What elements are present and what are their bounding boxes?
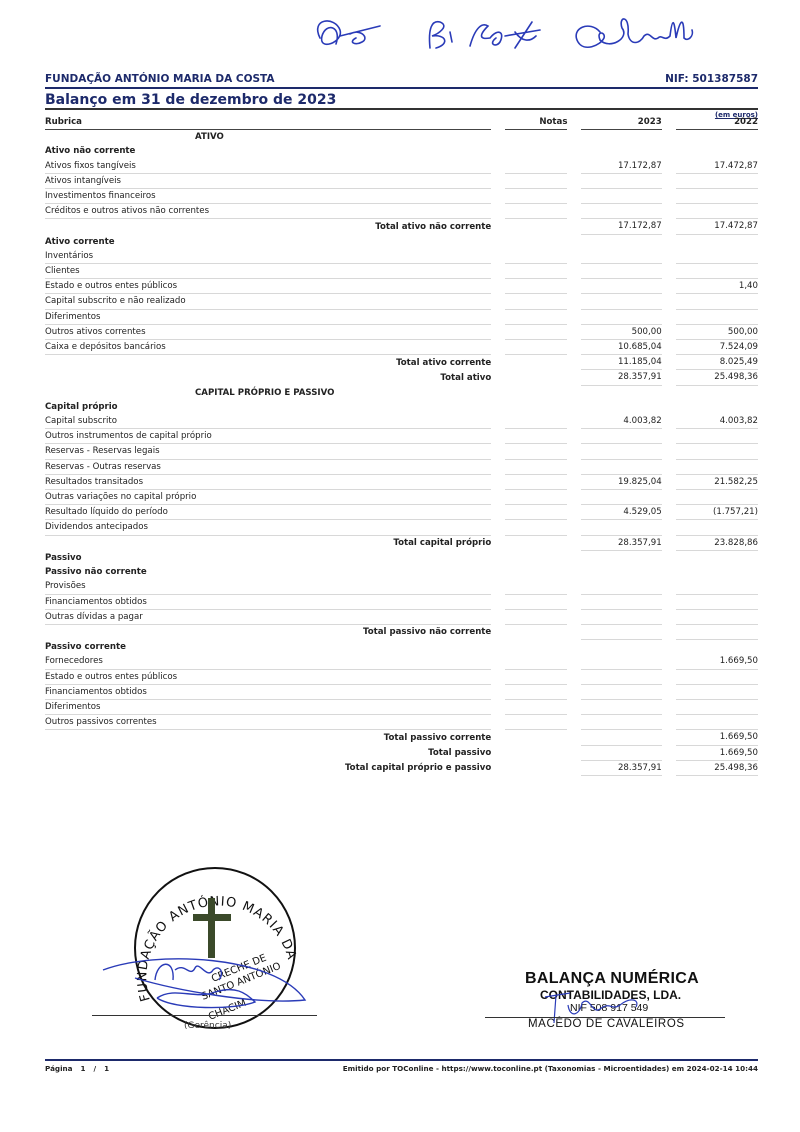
col-rubrica: Rubrica — [45, 115, 491, 130]
row-value-2023 — [581, 279, 661, 294]
row-label: Outras variações no capital próprio — [45, 490, 491, 505]
table-row: Inventários — [45, 249, 758, 264]
group-heading-row: Ativo não corrente — [45, 144, 758, 158]
row-label: Dividendos antecipados — [45, 520, 491, 535]
row-label: Resultados transitados — [45, 475, 491, 490]
balance-sheet-table: Rubrica Notas 2023 2022 ATIVOAtivo não c… — [45, 115, 758, 776]
row-label: Financiamentos obtidos — [45, 685, 491, 700]
row-value-2023 — [581, 249, 661, 264]
row-value-2022: 17.472,87 — [676, 219, 758, 234]
row-notes — [505, 536, 567, 551]
row-value-2022: 25.498,36 — [676, 761, 758, 776]
row-notes — [505, 429, 567, 444]
row-label: Total passivo não corrente — [45, 625, 491, 640]
accountant-signature — [540, 985, 650, 1025]
row-label: Total capital próprio — [45, 536, 491, 551]
row-value-2023 — [581, 730, 661, 745]
row-value-2023: 17.172,87 — [581, 219, 661, 234]
row-notes — [505, 204, 567, 219]
total-row: Total passivo1.669,50 — [45, 746, 758, 761]
row-value-2022: 1,40 — [676, 279, 758, 294]
row-notes — [505, 475, 567, 490]
row-label: Total passivo — [45, 746, 491, 761]
row-value-2023 — [581, 746, 661, 761]
row-value-2022 — [676, 429, 758, 444]
row-label: Diferimentos — [45, 310, 491, 325]
table-row: Clientes — [45, 264, 758, 279]
row-notes — [505, 746, 567, 761]
row-notes — [505, 565, 567, 579]
row-value-2022 — [676, 565, 758, 579]
row-notes — [505, 264, 567, 279]
row-label: Caixa e depósitos bancários — [45, 340, 491, 355]
table-row: Resultado líquido do período4.529,05(1.7… — [45, 505, 758, 520]
row-value-2023 — [581, 460, 661, 475]
row-label: Total ativo não corrente — [45, 219, 491, 234]
emission-info: Emitido por TOConline - https://www.toco… — [343, 1064, 758, 1073]
row-notes — [505, 144, 567, 158]
row-value-2023: 17.172,87 — [581, 159, 661, 174]
row-value-2023 — [581, 144, 661, 158]
row-notes — [505, 625, 567, 640]
group-heading-row: Capital próprio — [45, 400, 758, 414]
row-notes — [505, 700, 567, 715]
row-label: Resultado líquido do período — [45, 505, 491, 520]
row-value-2023: 11.185,04 — [581, 355, 661, 370]
row-notes — [505, 279, 567, 294]
row-value-2022 — [676, 174, 758, 189]
row-value-2023 — [581, 565, 661, 579]
col-2022: 2022 — [676, 115, 758, 130]
row-value-2022: 500,00 — [676, 325, 758, 340]
table-row: Reservas - Reservas legais — [45, 444, 758, 459]
row-value-2022 — [676, 490, 758, 505]
row-value-2023 — [581, 130, 661, 144]
total-row: Total ativo não corrente17.172,8717.472,… — [45, 219, 758, 234]
row-value-2022: 23.828,86 — [676, 536, 758, 551]
row-value-2022 — [676, 144, 758, 158]
row-notes — [505, 340, 567, 355]
accountant-signature-line — [485, 1017, 725, 1018]
table-row: Diferimentos — [45, 700, 758, 715]
table-row: Capital subscrito e não realizado — [45, 294, 758, 309]
row-notes — [505, 490, 567, 505]
row-value-2022: 21.582,25 — [676, 475, 758, 490]
row-notes — [505, 130, 567, 144]
row-value-2022: (1.757,21) — [676, 505, 758, 520]
row-notes — [505, 579, 567, 594]
row-value-2022 — [676, 700, 758, 715]
row-notes — [505, 174, 567, 189]
row-value-2023 — [581, 264, 661, 279]
row-value-2022 — [676, 460, 758, 475]
row-value-2022: 1.669,50 — [676, 730, 758, 745]
document-header: FUNDAÇÃO ANTÓNIO MARIA DA COSTA NIF: 501… — [45, 73, 758, 119]
row-value-2023 — [581, 490, 661, 505]
row-notes — [505, 219, 567, 234]
row-notes — [505, 670, 567, 685]
row-value-2022 — [676, 595, 758, 610]
row-notes — [505, 310, 567, 325]
table-row: Estado e outros entes públicos — [45, 670, 758, 685]
page-title: Balanço em 31 de dezembro de 2023 — [45, 92, 758, 108]
row-notes — [505, 249, 567, 264]
row-notes — [505, 685, 567, 700]
group-heading-row: Ativo corrente — [45, 235, 758, 249]
table-row: Investimentos financeiros — [45, 189, 758, 204]
row-value-2022: 1.669,50 — [676, 654, 758, 669]
row-label: Outros ativos correntes — [45, 325, 491, 340]
table-header-row: Rubrica Notas 2023 2022 — [45, 115, 758, 130]
row-value-2022 — [676, 400, 758, 414]
row-label: Outras dívidas a pagar — [45, 610, 491, 625]
management-signature-line — [92, 1015, 317, 1016]
row-value-2023 — [581, 625, 661, 640]
section-heading-row: ATIVO — [45, 130, 758, 144]
svg-text:FUNDAÇÃO ANTÓNIO MARIA DA COST: FUNDAÇÃO ANTÓNIO MARIA DA COSTA — [95, 860, 300, 1003]
row-value-2023 — [581, 551, 661, 565]
row-notes — [505, 159, 567, 174]
row-value-2022 — [676, 249, 758, 264]
row-value-2023: 10.685,04 — [581, 340, 661, 355]
row-label: Investimentos financeiros — [45, 189, 491, 204]
table-row: Estado e outros entes públicos1,40 — [45, 279, 758, 294]
table-row: Outros ativos correntes500,00500,00 — [45, 325, 758, 340]
row-label: Fornecedores — [45, 654, 491, 669]
row-notes — [505, 761, 567, 776]
row-notes — [505, 654, 567, 669]
row-notes — [505, 414, 567, 429]
row-label: Passivo corrente — [45, 640, 491, 654]
row-value-2023 — [581, 579, 661, 594]
col-2023: 2023 — [581, 115, 661, 130]
row-value-2022: 8.025,49 — [676, 355, 758, 370]
row-value-2022 — [676, 625, 758, 640]
row-label: ATIVO — [45, 130, 491, 144]
row-notes — [505, 444, 567, 459]
row-value-2022: 17.472,87 — [676, 159, 758, 174]
row-value-2022 — [676, 444, 758, 459]
row-value-2023: 28.357,91 — [581, 536, 661, 551]
row-notes — [505, 520, 567, 535]
row-value-2022 — [676, 264, 758, 279]
row-value-2022: 4.003,82 — [676, 414, 758, 429]
row-value-2023 — [581, 640, 661, 654]
row-value-2022 — [676, 386, 758, 400]
row-label: Ativo corrente — [45, 235, 491, 249]
row-label: Total passivo corrente — [45, 730, 491, 745]
table-row: Caixa e depósitos bancários10.685,047.52… — [45, 340, 758, 355]
row-label: Estado e outros entes públicos — [45, 279, 491, 294]
row-label: Capital subscrito e não realizado — [45, 294, 491, 309]
row-value-2023: 19.825,04 — [581, 475, 661, 490]
group-heading-row: Passivo — [45, 551, 758, 565]
row-value-2022 — [676, 235, 758, 249]
total-row: Total passivo corrente1.669,50 — [45, 730, 758, 745]
total-row: Total ativo corrente11.185,048.025,49 — [45, 355, 758, 370]
section-heading-row: CAPITAL PRÓPRIO E PASSIVO — [45, 386, 758, 400]
row-label: Inventários — [45, 249, 491, 264]
row-notes — [505, 460, 567, 475]
group-heading-row: Passivo corrente — [45, 640, 758, 654]
total-row: Total ativo28.357,9125.498,36 — [45, 370, 758, 385]
table-row: Financiamentos obtidos — [45, 685, 758, 700]
row-value-2023: 4.003,82 — [581, 414, 661, 429]
row-label: Total ativo corrente — [45, 355, 491, 370]
row-notes — [505, 505, 567, 520]
row-notes — [505, 370, 567, 385]
row-notes — [505, 595, 567, 610]
table-row: Diferimentos — [45, 310, 758, 325]
row-notes — [505, 610, 567, 625]
total-row: Total capital próprio28.357,9123.828,86 — [45, 536, 758, 551]
col-notas: Notas — [505, 115, 567, 130]
table-row: Ativos intangíveis — [45, 174, 758, 189]
row-value-2022 — [676, 610, 758, 625]
row-value-2023 — [581, 685, 661, 700]
row-label: Capital próprio — [45, 400, 491, 414]
table-row: Fornecedores1.669,50 — [45, 654, 758, 669]
row-label: Provisões — [45, 579, 491, 594]
foundation-stamp: FUNDAÇÃO ANTÓNIO MARIA DA COSTA CRECHE D… — [95, 860, 335, 1045]
row-label: Reservas - Outras reservas — [45, 460, 491, 475]
row-notes — [505, 325, 567, 340]
row-value-2023 — [581, 294, 661, 309]
row-value-2023 — [581, 189, 661, 204]
row-value-2023 — [581, 700, 661, 715]
row-notes — [505, 294, 567, 309]
row-label: Reservas - Reservas legais — [45, 444, 491, 459]
row-label: Total capital próprio e passivo — [45, 761, 491, 776]
row-notes — [505, 551, 567, 565]
page-footer: Página1/1 Emitido por TOConline - https:… — [45, 1059, 758, 1073]
row-label: Ativos intangíveis — [45, 174, 491, 189]
row-value-2022 — [676, 640, 758, 654]
table-row: Outros instrumentos de capital próprio — [45, 429, 758, 444]
page-number: Página1/1 — [45, 1064, 117, 1073]
row-value-2023: 28.357,91 — [581, 761, 661, 776]
total-row: Total passivo não corrente — [45, 625, 758, 640]
row-value-2022 — [676, 670, 758, 685]
nif: NIF: 501387587 — [665, 73, 758, 85]
row-notes — [505, 355, 567, 370]
row-value-2023 — [581, 595, 661, 610]
row-value-2023: 28.357,91 — [581, 370, 661, 385]
row-value-2023 — [581, 610, 661, 625]
row-value-2022 — [676, 551, 758, 565]
table-row: Resultados transitados19.825,0421.582,25 — [45, 475, 758, 490]
row-notes — [505, 400, 567, 414]
organization-name: FUNDAÇÃO ANTÓNIO MARIA DA COSTA — [45, 73, 275, 85]
row-value-2023 — [581, 400, 661, 414]
row-value-2023 — [581, 310, 661, 325]
row-value-2023 — [581, 654, 661, 669]
table-row: Financiamentos obtidos — [45, 595, 758, 610]
group-heading-row: Passivo não corrente — [45, 565, 758, 579]
row-value-2022 — [676, 310, 758, 325]
row-label: Clientes — [45, 264, 491, 279]
row-label: Ativo não corrente — [45, 144, 491, 158]
table-row: Ativos fixos tangíveis17.172,8717.472,87 — [45, 159, 758, 174]
row-value-2023: 4.529,05 — [581, 505, 661, 520]
row-label: Total ativo — [45, 370, 491, 385]
row-value-2022 — [676, 189, 758, 204]
row-label: Créditos e outros ativos não correntes — [45, 204, 491, 219]
row-label: Outros passivos correntes — [45, 715, 491, 730]
row-value-2023: 500,00 — [581, 325, 661, 340]
row-notes — [505, 730, 567, 745]
row-label: Diferimentos — [45, 700, 491, 715]
table-row: Outras dívidas a pagar — [45, 610, 758, 625]
row-notes — [505, 640, 567, 654]
table-row: Créditos e outros ativos não correntes — [45, 204, 758, 219]
svg-text:CHACIM: CHACIM — [207, 998, 248, 1023]
row-value-2023 — [581, 429, 661, 444]
row-value-2022: 7.524,09 — [676, 340, 758, 355]
row-notes — [505, 235, 567, 249]
row-value-2023 — [581, 520, 661, 535]
row-value-2022: 1.669,50 — [676, 746, 758, 761]
row-value-2023 — [581, 174, 661, 189]
row-value-2022 — [676, 715, 758, 730]
row-value-2023 — [581, 444, 661, 459]
handwritten-signatures — [300, 8, 780, 60]
row-label: Financiamentos obtidos — [45, 595, 491, 610]
table-row: Outras variações no capital próprio — [45, 490, 758, 505]
row-label: CAPITAL PRÓPRIO E PASSIVO — [45, 386, 491, 400]
row-value-2023 — [581, 670, 661, 685]
row-value-2022 — [676, 579, 758, 594]
row-value-2022 — [676, 520, 758, 535]
table-row: Reservas - Outras reservas — [45, 460, 758, 475]
row-label: Outros instrumentos de capital próprio — [45, 429, 491, 444]
row-label: Estado e outros entes públicos — [45, 670, 491, 685]
row-label: Passivo — [45, 551, 491, 565]
row-value-2022 — [676, 685, 758, 700]
row-label: Capital subscrito — [45, 414, 491, 429]
row-value-2022 — [676, 130, 758, 144]
row-value-2023 — [581, 715, 661, 730]
row-value-2023 — [581, 386, 661, 400]
table-row: Capital subscrito4.003,824.003,82 — [45, 414, 758, 429]
management-caption: (Gerência) — [184, 1021, 231, 1031]
row-value-2022: 25.498,36 — [676, 370, 758, 385]
row-notes — [505, 189, 567, 204]
total-row: Total capital próprio e passivo28.357,91… — [45, 761, 758, 776]
row-value-2023 — [581, 204, 661, 219]
table-row: Outros passivos correntes — [45, 715, 758, 730]
table-row: Provisões — [45, 579, 758, 594]
row-label: Ativos fixos tangíveis — [45, 159, 491, 174]
row-notes — [505, 386, 567, 400]
row-notes — [505, 715, 567, 730]
row-value-2022 — [676, 294, 758, 309]
row-value-2023 — [581, 235, 661, 249]
row-value-2022 — [676, 204, 758, 219]
table-row: Dividendos antecipados — [45, 520, 758, 535]
row-label: Passivo não corrente — [45, 565, 491, 579]
